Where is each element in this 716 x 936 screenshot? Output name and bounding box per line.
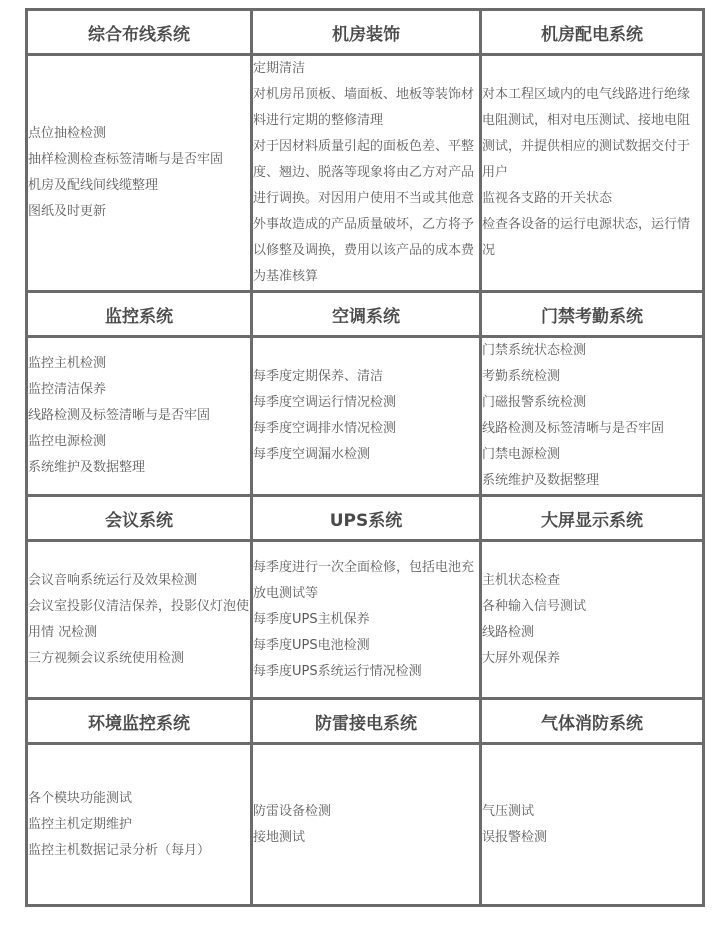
list-item: 门禁系统状态检测: [482, 338, 702, 364]
list-item: 定期清洁: [253, 56, 479, 82]
section-title-environment-monitoring: 环境监控系统: [27, 699, 252, 744]
section-items-ups: 每季度进行一次全面检修，包括电池充放电测试等 每季度UPS主机保养 每季度UPS…: [252, 541, 481, 699]
list-item: 大屏外观保养: [482, 646, 702, 672]
section-items-power-distribution: 对本工程区域内的电气线路进行绝缘电阻测试，相对电压测试、接地电阻测试，并提供相应…: [481, 55, 704, 292]
section-title-lightning-grounding: 防雷接电系统: [252, 699, 481, 744]
list-item: 三方视频会议系统使用检测: [28, 646, 250, 672]
list-item: 系统维护及数据整理: [482, 468, 702, 494]
list-item: 监控清洁保养: [28, 377, 250, 403]
header-row-4: 环境监控系统 防雷接电系统 气体消防系统: [27, 699, 704, 744]
header-row-2: 监控系统 空调系统 门禁考勤系统: [27, 292, 704, 337]
list-item: 图纸及时更新: [28, 199, 250, 225]
list-item: 检查各设备的运行电源状态，运行情况: [482, 212, 702, 264]
body-row-4: 各个模块功能测试 监控主机定期维护 监控主机数据记录分析（每月） 防雷设备检测 …: [27, 744, 704, 906]
list-item: 每季度UPS主机保养: [253, 607, 479, 633]
section-title-power-distribution: 机房配电系统: [481, 10, 704, 55]
list-item: 机房及配线间线缆整理: [28, 173, 250, 199]
list-item: 每季度空调排水情况检测: [253, 416, 479, 442]
section-title-air-conditioning: 空调系统: [252, 292, 481, 337]
section-items-room-decoration: 定期清洁 对机房吊顶板、墙面板、地板等装饰材料进行定期的整修清理 对于因材料质量…: [252, 55, 481, 292]
section-items-environment-monitoring: 各个模块功能测试 监控主机定期维护 监控主机数据记录分析（每月）: [27, 744, 252, 906]
list-item: 会议音响系统运行及效果检测: [28, 568, 250, 594]
list-item: 门禁电源检测: [482, 442, 702, 468]
list-item: 监控主机定期维护: [28, 812, 250, 838]
section-title-gas-fire-suppression: 气体消防系统: [481, 699, 704, 744]
list-item: 会议室投影仪清洁保养，投影仪灯泡使用情 况检测: [28, 594, 250, 646]
list-item: 对本工程区域内的电气线路进行绝缘电阻测试，相对电压测试、接地电阻测试，并提供相应…: [482, 82, 702, 186]
list-item: 误报警检测: [482, 825, 702, 851]
list-item: 系统维护及数据整理: [28, 455, 250, 481]
list-item: 每季度UPS电池检测: [253, 633, 479, 659]
list-item: 考勤系统检测: [482, 364, 702, 390]
section-items-conference: 会议音响系统运行及效果检测 会议室投影仪清洁保养，投影仪灯泡使用情 况检测 三方…: [27, 541, 252, 699]
section-title-cabling: 综合布线系统: [27, 10, 252, 55]
header-row-3: 会议系统 UPS系统 大屏显示系统: [27, 496, 704, 541]
section-title-surveillance: 监控系统: [27, 292, 252, 337]
list-item: 抽样检测检查标签清晰与是否牢固: [28, 147, 250, 173]
list-item: 对于因材料质量引起的面板色差、平整度、翘边、脱落等现象将由乙方对产品进行调换。对…: [253, 134, 479, 290]
list-item: 每季度UPS系统运行情况检测: [253, 659, 479, 685]
list-item: 每季度空调漏水检测: [253, 442, 479, 468]
section-items-cabling: 点位抽检检测 抽样检测检查标签清晰与是否牢固 机房及配线间线缆整理 图纸及时更新: [27, 55, 252, 292]
list-item: 监控主机检测: [28, 351, 250, 377]
list-item: 每季度定期保养、清洁: [253, 364, 479, 390]
section-items-large-display: 主机状态检查 各种输入信号测试 线路检测 大屏外观保养: [481, 541, 704, 699]
section-items-gas-fire-suppression: 气压测试 误报警检测: [481, 744, 704, 906]
list-item: 监视各支路的开关状态: [482, 186, 702, 212]
list-item: 线路检测及标签清晰与是否牢固: [28, 403, 250, 429]
list-item: 每季度进行一次全面检修，包括电池充放电测试等: [253, 555, 479, 607]
section-title-room-decoration: 机房装饰: [252, 10, 481, 55]
section-items-access-control: 门禁系统状态检测 考勤系统检测 门磁报警系统检测 线路检测及标签清晰与是否牢固 …: [481, 337, 704, 496]
body-row-3: 会议音响系统运行及效果检测 会议室投影仪清洁保养，投影仪灯泡使用情 况检测 三方…: [27, 541, 704, 699]
section-title-conference: 会议系统: [27, 496, 252, 541]
list-item: 点位抽检检测: [28, 121, 250, 147]
list-item: 主机状态检查: [482, 568, 702, 594]
section-items-surveillance: 监控主机检测 监控清洁保养 线路检测及标签清晰与是否牢固 监控电源检测 系统维护…: [27, 337, 252, 496]
list-item: 对机房吊顶板、墙面板、地板等装饰材料进行定期的整修清理: [253, 82, 479, 134]
list-item: 防雷设备检测: [253, 799, 479, 825]
list-item: 线路检测及标签清晰与是否牢固: [482, 416, 702, 442]
body-row-1: 点位抽检检测 抽样检测检查标签清晰与是否牢固 机房及配线间线缆整理 图纸及时更新…: [27, 55, 704, 292]
list-item: 各种输入信号测试: [482, 594, 702, 620]
list-item: 监控电源检测: [28, 429, 250, 455]
section-title-large-display: 大屏显示系统: [481, 496, 704, 541]
list-item: 门磁报警系统检测: [482, 390, 702, 416]
list-item: 线路检测: [482, 620, 702, 646]
section-title-access-control: 门禁考勤系统: [481, 292, 704, 337]
list-item: 气压测试: [482, 799, 702, 825]
list-item: 各个模块功能测试: [28, 786, 250, 812]
header-row-1: 综合布线系统 机房装饰 机房配电系统: [27, 10, 704, 55]
list-item: 每季度空调运行情况检测: [253, 390, 479, 416]
section-title-ups: UPS系统: [252, 496, 481, 541]
section-items-air-conditioning: 每季度定期保养、清洁 每季度空调运行情况检测 每季度空调排水情况检测 每季度空调…: [252, 337, 481, 496]
list-item: 接地测试: [253, 825, 479, 851]
section-items-lightning-grounding: 防雷设备检测 接地测试: [252, 744, 481, 906]
list-item: 监控主机数据记录分析（每月）: [28, 838, 250, 864]
body-row-2: 监控主机检测 监控清洁保养 线路检测及标签清晰与是否牢固 监控电源检测 系统维护…: [27, 337, 704, 496]
maintenance-services-table: 综合布线系统 机房装饰 机房配电系统 点位抽检检测 抽样检测检查标签清晰与是否牢…: [25, 8, 705, 907]
